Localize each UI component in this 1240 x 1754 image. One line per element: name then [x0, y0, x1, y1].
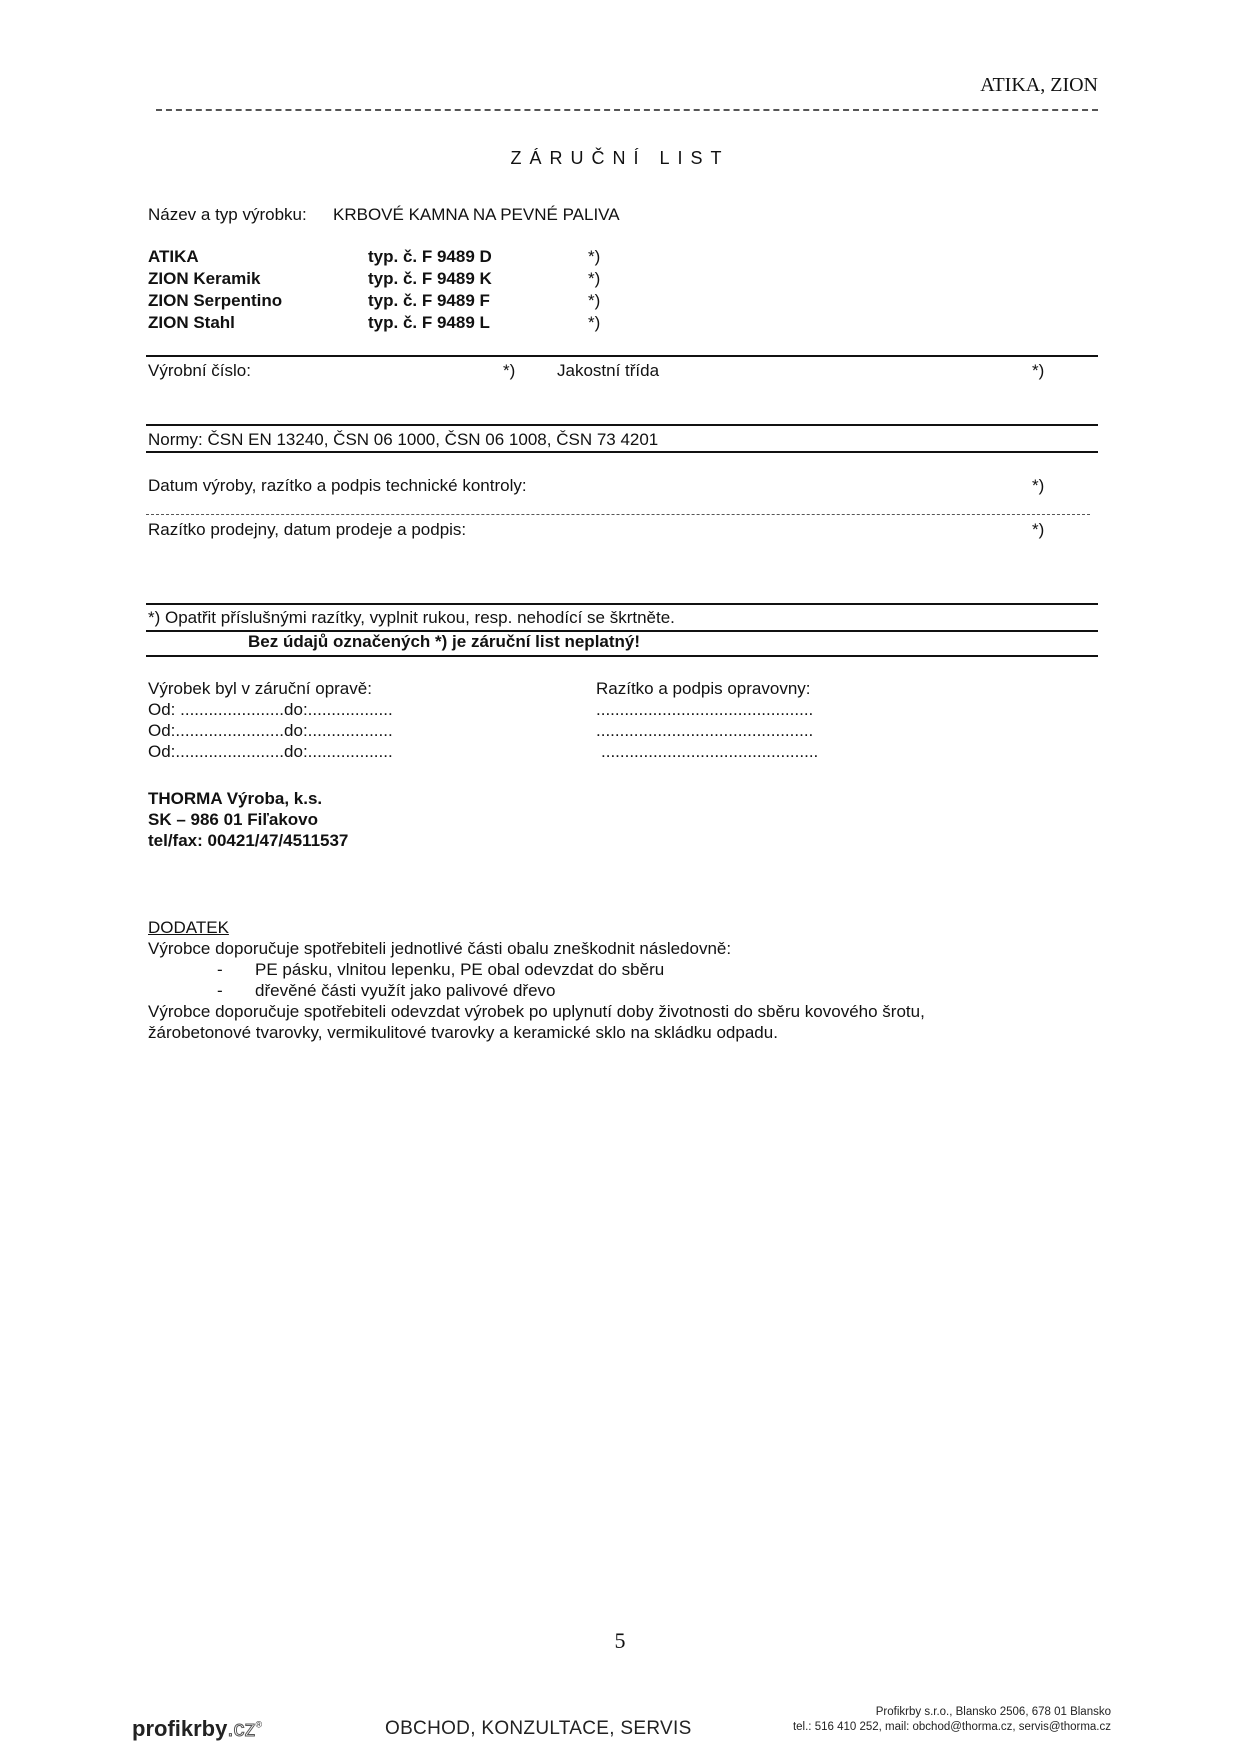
addendum-heading: DODATEK	[148, 918, 229, 938]
addendum-item: dřevěné části využít jako palivové dřevo	[255, 981, 556, 1001]
footer-contact: Profikrby s.r.o., Blansko 2506, 678 01 B…	[793, 1705, 1111, 1735]
notes-divider	[146, 655, 1098, 657]
repair-period-row: Od:.......................do:...........…	[148, 742, 393, 762]
model-mark: *)	[588, 313, 600, 333]
document-title: ZÁRUČNÍ LIST	[0, 148, 1240, 169]
product-label: Název a typ výrobku:	[148, 205, 307, 225]
footer-company-line: Profikrby s.r.o., Blansko 2506, 678 01 B…	[793, 1705, 1111, 1720]
sale-stamp-mark: *)	[1032, 520, 1044, 540]
form-divider	[146, 355, 1098, 357]
form-dashed-divider	[146, 514, 1090, 515]
manufacturer-location: SK – 986 01 Fiľakovo	[148, 810, 318, 830]
manufacturer-phone: tel/fax: 00421/47/4511537	[148, 831, 348, 851]
model-type: typ. č. F 9489 D	[368, 247, 492, 267]
form-divider	[146, 451, 1098, 453]
model-mark: *)	[588, 269, 600, 289]
serial-number-label: Výrobní číslo:	[148, 361, 251, 381]
instruction-note: *) Opatřit příslušnými razítky, vyplnit …	[148, 608, 675, 628]
model-type: typ. č. F 9489 L	[368, 313, 490, 333]
production-date-mark: *)	[1032, 476, 1044, 496]
model-name: ZION Stahl	[148, 313, 235, 333]
logo-main: profikrby	[132, 1716, 227, 1741]
model-mark: *)	[588, 247, 600, 267]
page-number: 5	[0, 1628, 1240, 1654]
repair-heading: Výrobek byl v záruční opravě:	[148, 679, 372, 699]
addendum-item: PE pásku, vlnitou lepenku, PE obal odevz…	[255, 960, 664, 980]
bullet-dash: -	[217, 960, 223, 980]
repair-signature-row: ........................................…	[596, 721, 813, 741]
footer-contact-line: tel.: 516 410 252, mail: obchod@thorma.c…	[793, 1720, 1111, 1735]
repair-stamp-heading: Razítko a podpis opravovny:	[596, 679, 811, 699]
model-type: typ. č. F 9489 F	[368, 291, 490, 311]
notes-divider	[146, 603, 1098, 605]
repair-signature-row: ........................................…	[601, 742, 818, 762]
repair-period-row: Od:.......................do:...........…	[148, 721, 393, 741]
addendum-intro: Výrobce doporučuje spotřebiteli jednotli…	[148, 939, 731, 959]
serial-number-mark: *)	[503, 361, 515, 381]
repair-period-row: Od: ......................do:...........…	[148, 700, 393, 720]
quality-class-label: Jakostní třída	[557, 361, 659, 381]
quality-class-mark: *)	[1032, 361, 1044, 381]
model-mark: *)	[588, 291, 600, 311]
registered-icon: ®	[255, 1720, 262, 1730]
manufacturer-name: THORMA Výroba, k.s.	[148, 789, 322, 809]
model-name: ZION Keramik	[148, 269, 260, 289]
addendum-outro: Výrobce doporučuje spotřebiteli odevzdat…	[148, 1002, 925, 1022]
footer-tagline: OBCHOD, KONZULTACE, SERVIS	[385, 1718, 692, 1740]
model-name: ZION Serpentino	[148, 291, 282, 311]
header-divider	[156, 109, 1098, 111]
sale-stamp-label: Razítko prodejny, datum prodeje a podpis…	[148, 520, 466, 540]
form-divider	[146, 424, 1098, 426]
addendum-outro: žárobetonové tvarovky, vermikulitové tva…	[148, 1023, 778, 1043]
model-type: typ. č. F 9489 K	[368, 269, 492, 289]
logo-tld: .cz	[227, 1716, 255, 1741]
product-value: KRBOVÉ KAMNA NA PEVNÉ PALIVA	[333, 205, 620, 225]
bullet-dash: -	[217, 981, 223, 1001]
model-name: ATIKA	[148, 247, 199, 267]
validity-warning: Bez údajů označených *) je záruční list …	[248, 632, 640, 652]
production-date-label: Datum výroby, razítko a podpis technické…	[148, 476, 527, 496]
profikrby-logo: profikrby.cz®	[132, 1716, 262, 1742]
norms-text: Normy: ČSN EN 13240, ČSN 06 1000, ČSN 06…	[148, 430, 658, 450]
header-product-names: ATIKA, ZION	[980, 74, 1098, 97]
repair-signature-row: ........................................…	[596, 700, 813, 720]
